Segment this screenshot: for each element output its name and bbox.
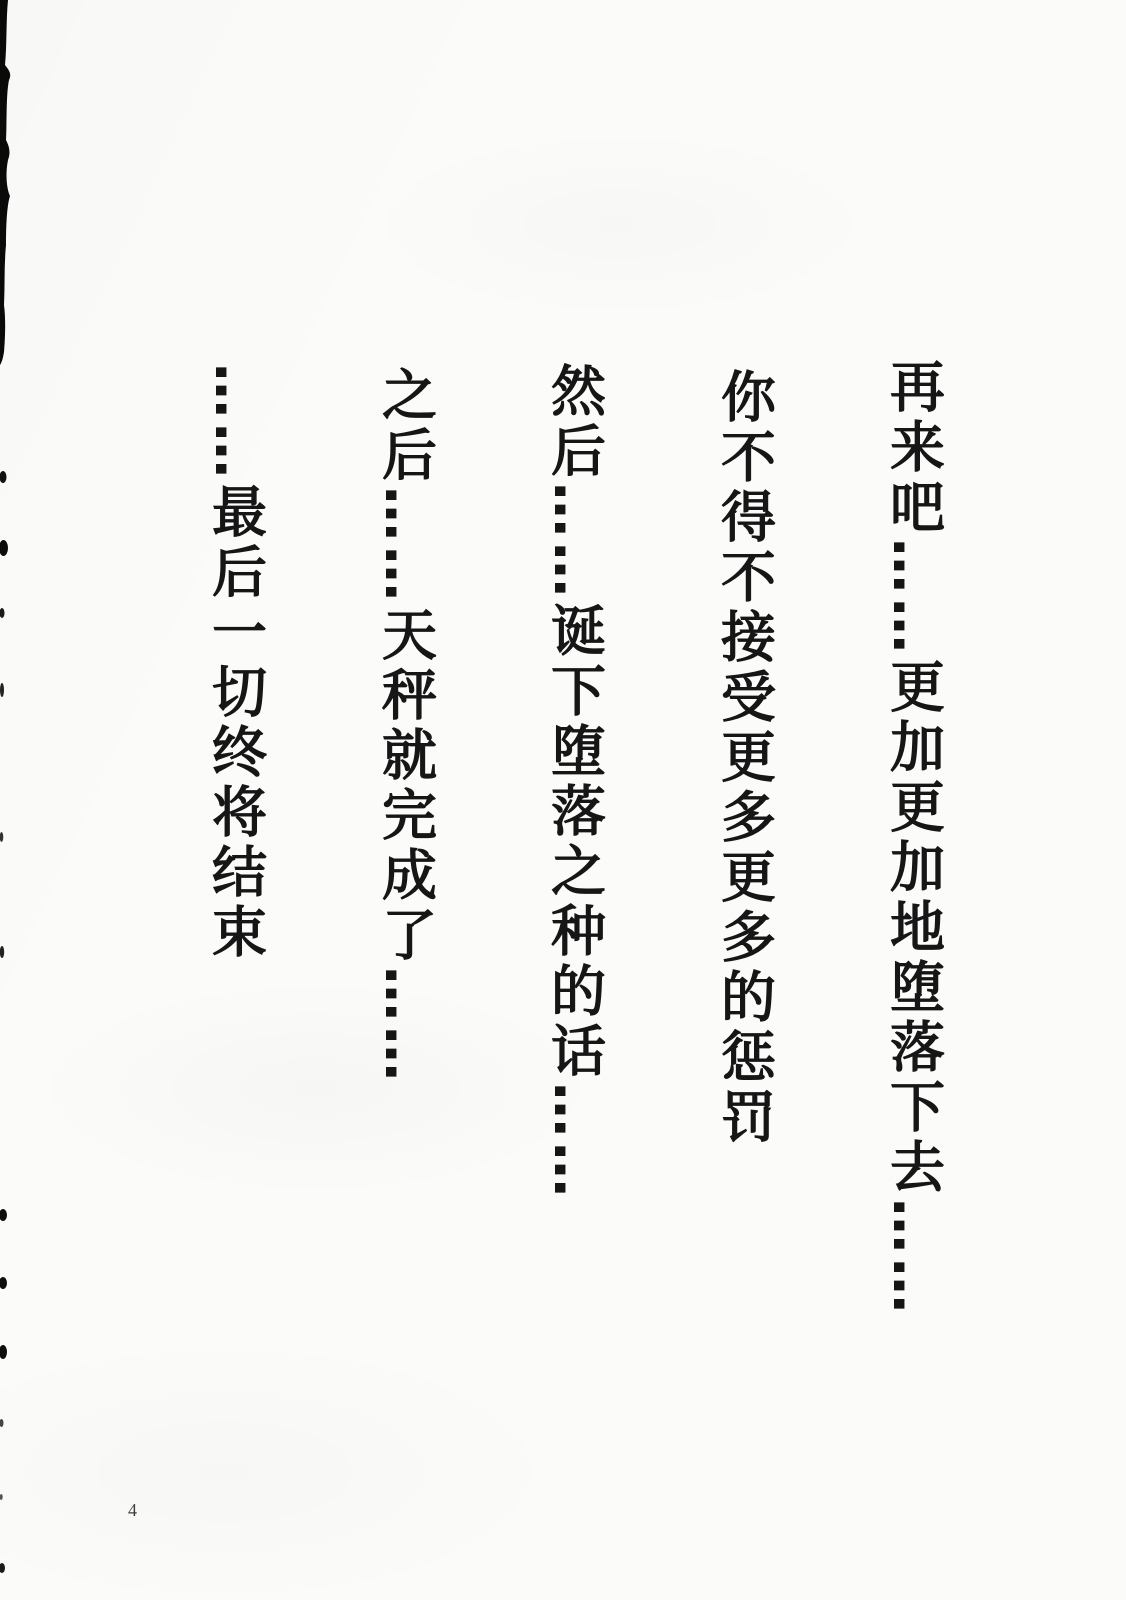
scanned-page: 再来吧……更加更加地堕落下去…… 你不得不接受更多更多的惩罚 然后……诞下堕落之… xyxy=(0,0,1126,1600)
page-number: 4 xyxy=(128,1500,137,1521)
vertical-text-column-5: ……最后一切终将结束 xyxy=(207,363,262,963)
vertical-text-column-4: 之后……天秤就完成了…… xyxy=(377,366,432,1086)
vertical-text-column-1: 再来吧……更加更加地堕落下去…… xyxy=(885,358,940,1318)
vertical-text-column-2: 你不得不接受更多更多的惩罚 xyxy=(716,368,771,1148)
scan-edge-artifact xyxy=(0,0,24,1600)
vertical-text-column-3: 然后……诞下堕落之种的话…… xyxy=(546,362,601,1202)
